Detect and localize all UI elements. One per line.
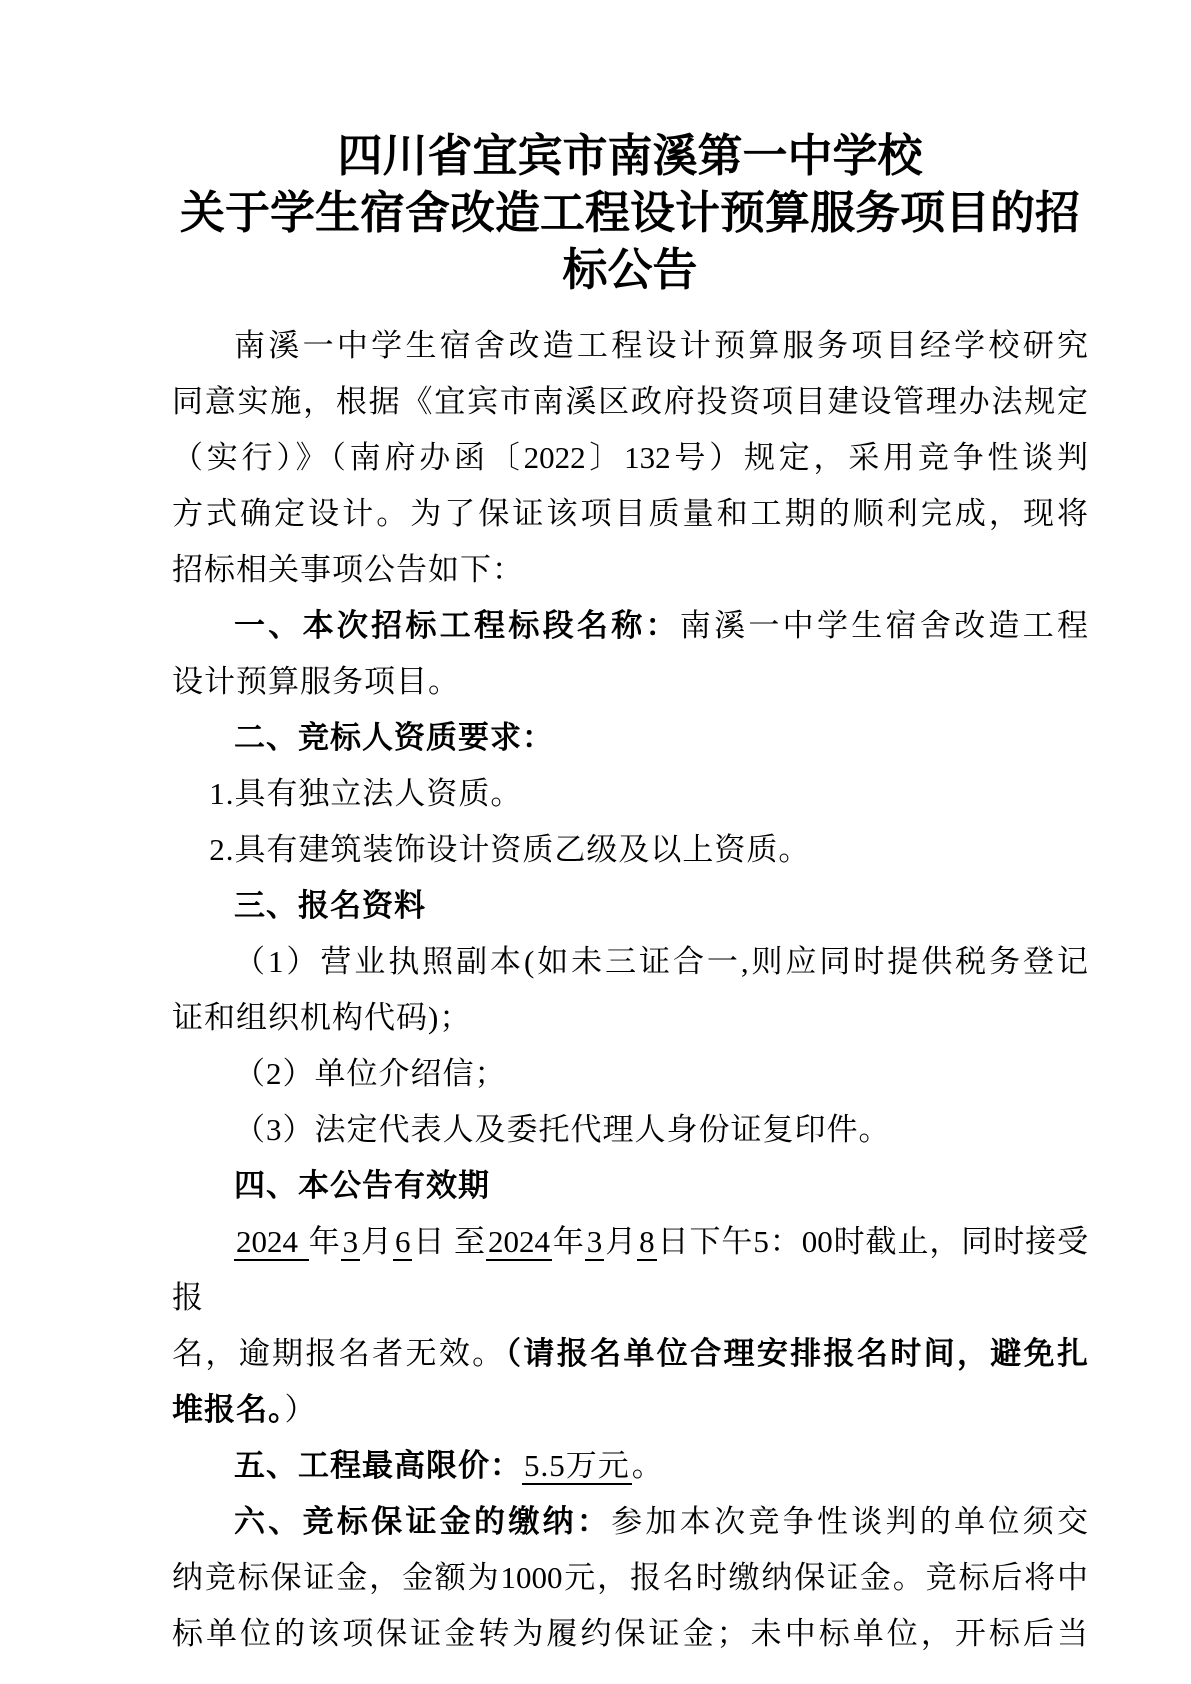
section-5-line: 五、工程最高限价：5.5万元。 — [172, 1438, 1088, 1494]
validity-date-line: 2024 年3月6日 至2024年3月8日下午5：00时截止，同时接受报 — [172, 1214, 1088, 1326]
date-day-1: 6 — [393, 1224, 413, 1261]
section-6-line-2: 纳竞标保证金，金额为1000元，报名时缴纳保证金。竞标后将中 — [172, 1550, 1088, 1606]
date-text: 年 — [552, 1224, 585, 1259]
section-3-heading: 三、报名资料 — [234, 888, 426, 923]
section-2-item-2: 2.具有建筑装饰设计资质乙级及以上资质。 — [172, 822, 1088, 878]
section-6-text: 参加本次竞争性谈判的单位须交 — [611, 1504, 1088, 1539]
document-content: 四川省宜宾市南溪第一中学校 关于学生宿舍改造工程设计预算服务项目的招 标公告 南… — [172, 128, 1088, 1662]
title-line-1: 四川省宜宾市南溪第一中学校 — [172, 128, 1088, 185]
intro-line-1: 南溪一中学生宿舍改造工程设计预算服务项目经学校研究 — [172, 318, 1088, 374]
section-4-text: 名，逾期报名者无效。 — [172, 1336, 506, 1371]
date-text: 年 — [309, 1224, 341, 1259]
section-2-heading-line: 二、竞标人资质要求： — [172, 710, 1088, 766]
section-4-heading-line: 四、本公告有效期 — [172, 1158, 1088, 1214]
section-2-item-1: 1.具有独立法人资质。 — [172, 766, 1088, 822]
section-3-item-1-line-2: 证和组织机构代码)； — [172, 990, 1088, 1046]
section-4-heading: 四、本公告有效期 — [234, 1168, 490, 1203]
section-6-line-3: 标单位的该项保证金转为履约保证金；未中标单位，开标后当 — [172, 1606, 1088, 1662]
section-3-item-2: （2）单位介绍信； — [172, 1046, 1088, 1102]
section-2-heading: 二、竞标人资质要求： — [234, 720, 554, 755]
intro-line-2: 同意实施，根据《宜宾市南溪区政府投资项目建设管理办法规定 — [172, 374, 1088, 430]
date-text: 日 至 — [412, 1224, 485, 1259]
section-4-bold-note-end: 堆报名。 — [172, 1392, 285, 1427]
document-page: 四川省宜宾市南溪第一中学校 关于学生宿舍改造工程设计预算服务项目的招 标公告 南… — [0, 0, 1191, 1684]
section-4-line-2: 名，逾期报名者无效。（请报名单位合理安排报名时间，避免扎 — [172, 1326, 1088, 1382]
section-5-heading: 五、工程最高限价： — [234, 1448, 522, 1483]
date-year-2: 2024 — [486, 1224, 552, 1261]
section-3-item-1-line-1: （1）营业执照副本(如未三证合一,则应同时提供税务登记 — [172, 934, 1088, 990]
section-6-heading: 六、竞标保证金的缴纳： — [234, 1504, 611, 1539]
section-5-period: 。 — [632, 1448, 664, 1483]
closing-paren: ） — [285, 1392, 317, 1427]
date-year-1: 2024 — [234, 1224, 309, 1261]
title-line-3: 标公告 — [172, 242, 1088, 299]
section-1-line-1: 一、本次招标工程标段名称：南溪一中学生宿舍改造工程 — [172, 598, 1088, 654]
section-6-line-1: 六、竞标保证金的缴纳：参加本次竞争性谈判的单位须交 — [172, 1494, 1088, 1550]
section-1-text: 南溪一中学生宿舍改造工程 — [680, 608, 1088, 643]
section-3-item-3: （3）法定代表人及委托代理人身份证复印件。 — [172, 1102, 1088, 1158]
intro-line-5: 招标相关事项公告如下： — [172, 542, 1088, 598]
section-1-heading: 一、本次招标工程标段名称： — [234, 608, 680, 643]
max-price-value: 5.5万元 — [522, 1448, 632, 1485]
date-text: 月 — [604, 1224, 637, 1259]
intro-line-4: 方式确定设计。为了保证该项目质量和工期的顺利完成，现将 — [172, 486, 1088, 542]
date-month-1: 3 — [341, 1224, 361, 1261]
section-4-bold-note: （请报名单位合理安排报名时间，避免扎 — [506, 1336, 1088, 1371]
section-3-heading-line: 三、报名资料 — [172, 878, 1088, 934]
date-day-2: 8 — [637, 1224, 657, 1261]
section-1-line-2: 设计预算服务项目。 — [172, 654, 1088, 710]
date-month-2: 3 — [585, 1224, 605, 1261]
title-line-2: 关于学生宿舍改造工程设计预算服务项目的招 — [172, 185, 1088, 242]
document-body: 南溪一中学生宿舍改造工程设计预算服务项目经学校研究 同意实施，根据《宜宾市南溪区… — [172, 318, 1088, 1662]
intro-line-3: （实行）》（南府办函〔2022〕132号）规定，采用竞争性谈判 — [172, 430, 1088, 486]
document-title: 四川省宜宾市南溪第一中学校 关于学生宿舍改造工程设计预算服务项目的招 标公告 — [172, 128, 1088, 299]
section-4-line-3: 堆报名。） — [172, 1382, 1088, 1438]
date-text: 月 — [360, 1224, 393, 1259]
